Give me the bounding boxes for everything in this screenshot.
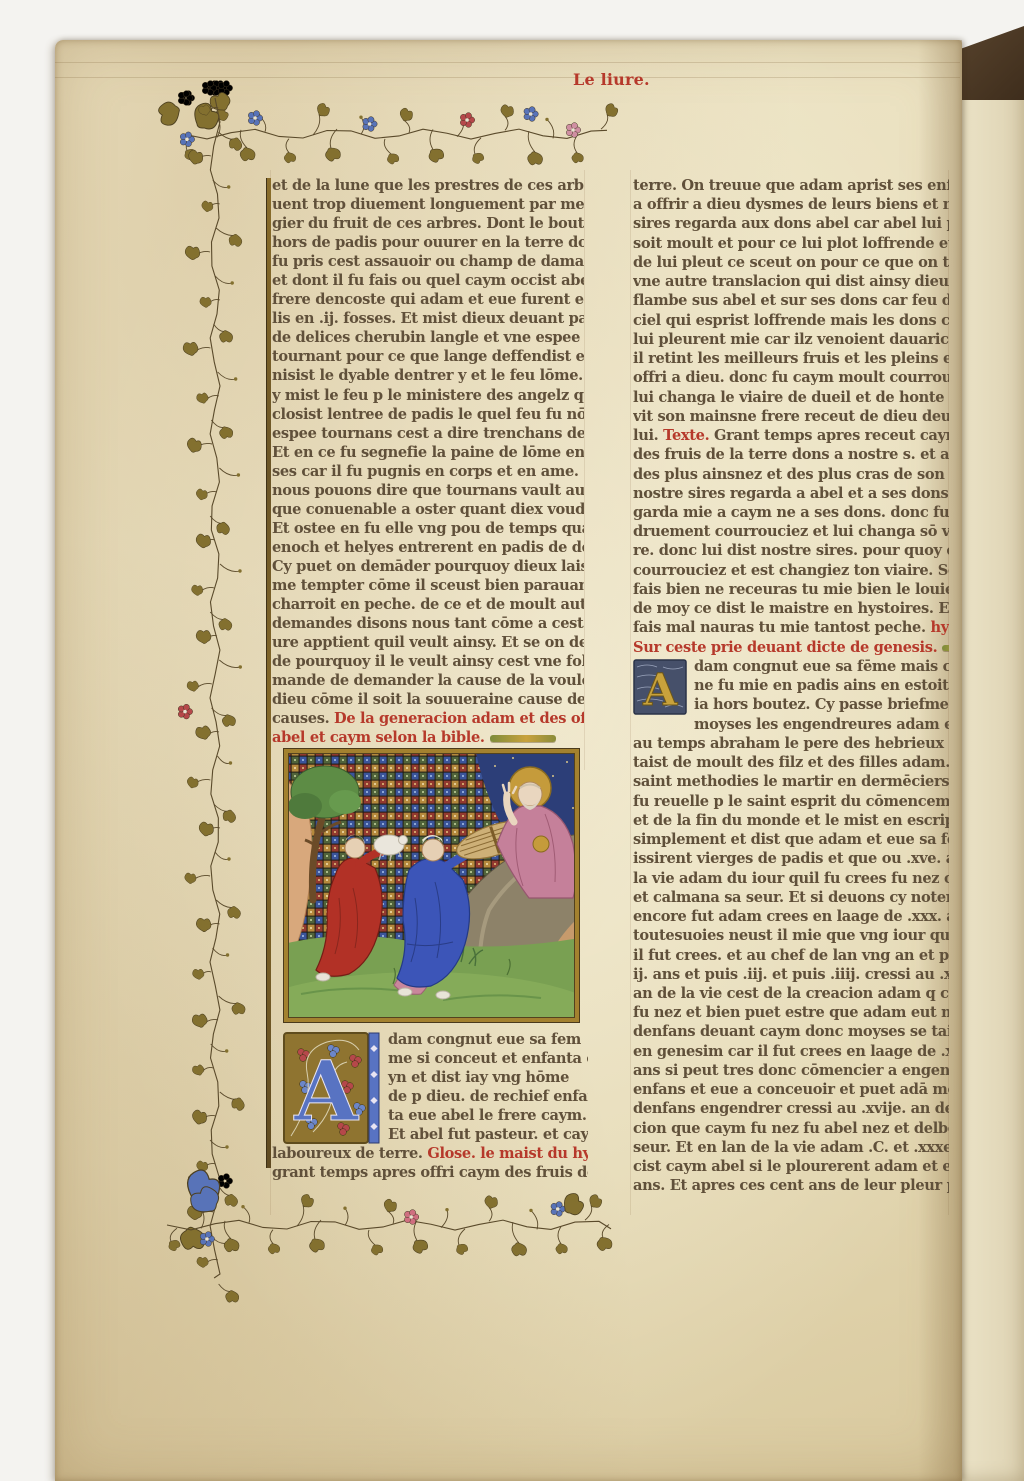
left-text-column: et de la lune que les prestres de ces ar… [272,176,584,751]
column-bar [266,178,271,1168]
manuscript-photo: Le liure. et de la lune que les prestres… [0,0,1024,1481]
svg-text:A: A [293,1044,359,1140]
ruling-line [55,62,960,63]
right-text-column-upper: terre. On treuue que adam aprist ses enf… [633,176,949,658]
gold-initial-A: A [633,659,687,715]
running-title: Le liure. [573,70,650,89]
ivy-border-bottom [167,1181,611,1277]
svg-text:A: A [642,665,678,715]
column-guide [584,170,585,770]
right-text-column-lower: A dam congnut eue sa fēme mais cene fu m… [633,657,949,1202]
left-initial-paragraph: A dam congnut eue sa femme si conceut et… [272,1030,588,1186]
ivy-border-left [149,98,261,1278]
manuscript-page: Le liure. et de la lune que les prestres… [55,40,962,1481]
miniature-cain-abel-offering [283,748,580,1023]
column-guide [630,170,631,1215]
ruling-line [55,77,960,78]
illuminated-initial-A: A [283,1032,380,1144]
